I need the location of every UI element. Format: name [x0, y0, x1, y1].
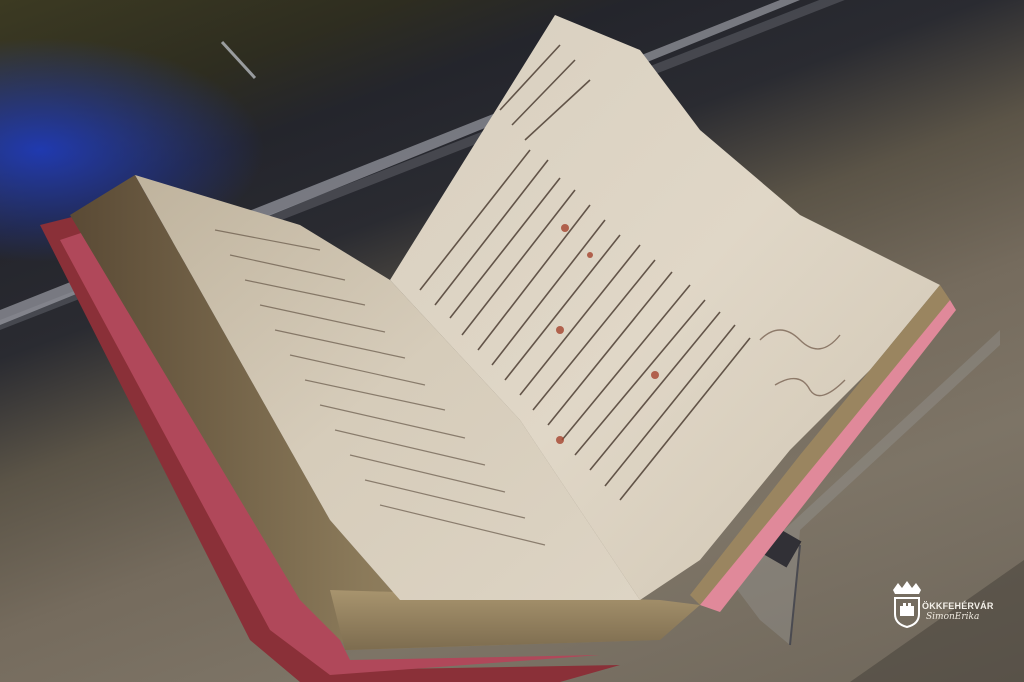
crowned-castle-crest-icon [890, 580, 924, 628]
photo-scene: ÖKKFEHÉRVÁR SimonErika [0, 0, 1024, 682]
manuscript-photo [0, 0, 1024, 682]
watermark-title: ÖKKFEHÉRVÁR [922, 601, 994, 611]
watermark-author: SimonErika [926, 612, 979, 622]
watermark: ÖKKFEHÉRVÁR SimonErika [886, 580, 996, 630]
